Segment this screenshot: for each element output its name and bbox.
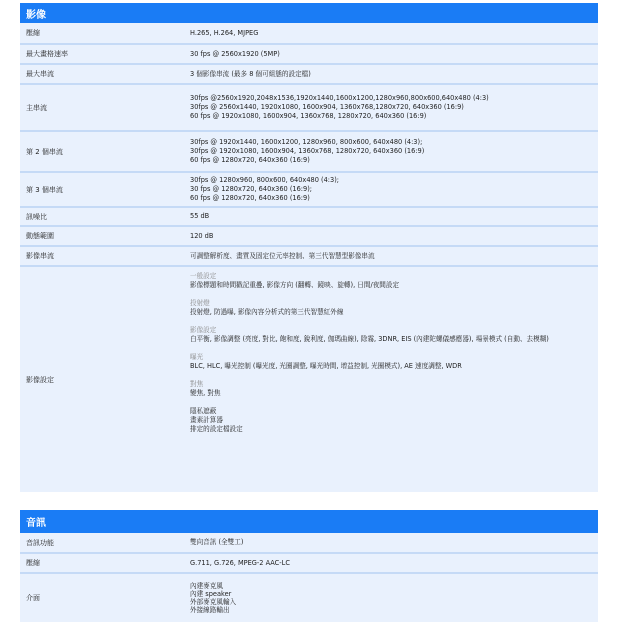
row-value: 一般設定 影像標題和時間戳記重疊, 影像方向 (翻轉、鏡映、旋轉), 日間/夜間…	[188, 267, 598, 492]
row-label: 訊噪比	[20, 208, 188, 225]
row-value: 3 個影像串流 (最多 8 個可組態的設定檔)	[188, 65, 598, 83]
video-section-header: 影像	[20, 3, 598, 23]
spec-row-dynamic-range: 動態範圍 120 dB	[20, 225, 598, 245]
row-value: 30fps @ 1920x1440, 1600x1200, 1280x960, …	[188, 132, 598, 171]
row-value: 雙向音訊 (全雙工)	[188, 533, 598, 552]
row-value: 30fps @ 1280x960, 800x600, 640x480 (4:3)…	[188, 173, 598, 206]
row-value: 30 fps @ 2560x1920 (5MP)	[188, 45, 598, 63]
spec-row-audio-interface: 介面 內建麥克風 內建 speaker 外部麥克風輸入 外接線路輸出	[20, 572, 598, 620]
row-label: 影像設定	[20, 267, 188, 492]
row-label: 壓縮	[20, 23, 188, 43]
settings-group-image: 影像設定 白平衡, 影像調整 (亮度, 對比, 飽和度, 銳利度, 伽瑪曲線),…	[190, 326, 588, 344]
row-label: 第 3 個串流	[20, 173, 188, 206]
spec-row-video-streaming: 影像串流 可調整解析度、畫質及固定位元率控制、第三代智慧型影像串流	[20, 245, 598, 265]
audio-section-header: 音訊	[20, 510, 598, 533]
settings-group-general: 一般設定 影像標題和時間戳記重疊, 影像方向 (翻轉、鏡映、旋轉), 日間/夜間…	[190, 272, 588, 290]
spec-row-audio-compression: 壓縮 G.711, G.726, MPEG-2 AAC-LC	[20, 552, 598, 572]
row-label: 最大畫格速率	[20, 45, 188, 63]
spec-row-main-stream: 主串流 30fps @2560x1920,2048x1536,1920x1440…	[20, 83, 598, 130]
spec-row-second-stream: 第 2 個串流 30fps @ 1920x1440, 1600x1200, 12…	[20, 130, 598, 171]
video-spec-table: 影像 壓縮 H.265, H.264, MJPEG 最大畫格速率 30 fps …	[20, 3, 598, 492]
row-label: 第 2 個串流	[20, 132, 188, 171]
spec-row-image-settings: 影像設定 一般設定 影像標題和時間戳記重疊, 影像方向 (翻轉、鏡映、旋轉), …	[20, 265, 598, 492]
spec-row-max-streams: 最大串流 3 個影像串流 (最多 8 個可組態的設定檔)	[20, 63, 598, 83]
row-value: H.265, H.264, MJPEG	[188, 23, 598, 43]
row-value: 內建麥克風 內建 speaker 外部麥克風輸入 外接線路輸出	[188, 574, 598, 620]
audio-spec-table: 音訊 音訊功能 雙向音訊 (全雙工) 壓縮 G.711, G.726, MPEG…	[20, 510, 598, 620]
row-value: 120 dB	[188, 227, 598, 245]
spec-row-third-stream: 第 3 個串流 30fps @ 1280x960, 800x600, 640x4…	[20, 171, 598, 206]
row-value: 30fps @2560x1920,2048x1536,1920x1440,160…	[188, 85, 598, 130]
row-value: G.711, G.726, MPEG-2 AAC-LC	[188, 554, 598, 572]
settings-group-exposure: 曝光 BLC, HLC, 曝光控制 (曝光度, 光圈調整, 曝光時間, 增益控制…	[190, 353, 588, 371]
row-label: 壓縮	[20, 554, 188, 572]
row-value: 55 dB	[188, 208, 598, 225]
row-label: 動態範圍	[20, 227, 188, 245]
settings-group-focus: 對焦 變焦, 對焦	[190, 380, 588, 398]
spec-row-audio-function: 音訊功能 雙向音訊 (全雙工)	[20, 533, 598, 552]
row-label: 影像串流	[20, 247, 188, 265]
spec-row-max-framerate: 最大畫格速率 30 fps @ 2560x1920 (5MP)	[20, 43, 598, 63]
row-label: 主串流	[20, 85, 188, 130]
row-value: 可調整解析度、畫質及固定位元率控制、第三代智慧型影像串流	[188, 247, 598, 265]
row-label: 音訊功能	[20, 533, 188, 552]
row-label: 最大串流	[20, 65, 188, 83]
settings-group-illuminator: 投射燈 投射燈, 防過曝, 影像內容分析式的第三代智慧紅外線	[190, 299, 588, 317]
spec-row-snr: 訊噪比 55 dB	[20, 206, 598, 225]
spec-row-compression: 壓縮 H.265, H.264, MJPEG	[20, 23, 598, 43]
settings-group-extra: 隱私遮蔽 畫素計算器 排定的設定檔設定	[190, 407, 588, 434]
row-label: 介面	[20, 574, 188, 620]
